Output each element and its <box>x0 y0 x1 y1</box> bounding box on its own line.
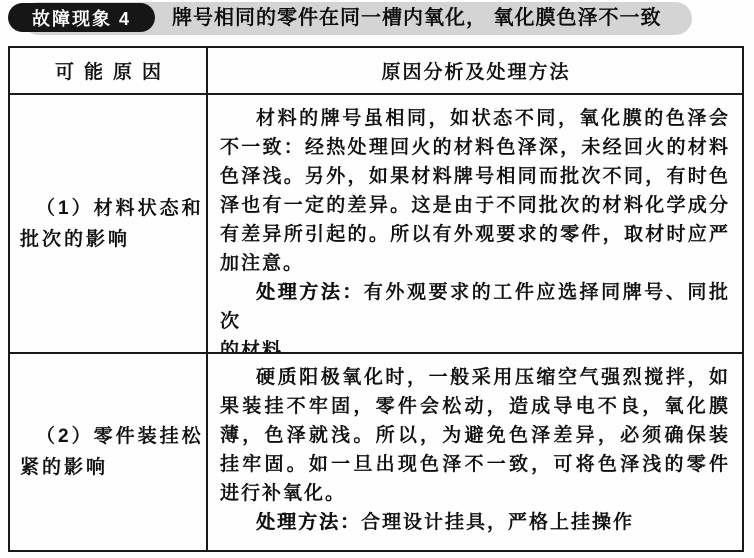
analysis-cell-1: 材料的牌号虽相同，如状态不同，氧化膜的色泽会 不一致：经热处理回火的材料色泽深，… <box>208 95 742 354</box>
analysis-line: 薄，色泽就浅。所以，为避免色泽差异，必须确保装 <box>220 421 730 450</box>
fault-table: 可能原因 原因分析及处理方法 （1）材料状态和 批次的影响 材料的牌号虽相同，如… <box>8 46 744 552</box>
method-tail: 的材料 <box>220 336 730 354</box>
analysis-line: 色泽浅。另外，如果材料牌号相同而批次不同，有时色 <box>220 162 730 191</box>
method-label: 处理方法： <box>256 512 361 533</box>
page: 牌号相同的零件在同一槽内氧化， 氧化膜色泽不一致 故障现象 4 可能原因 原因分… <box>0 0 754 558</box>
analysis-line: 不一致：经热处理回火的材料色泽深，未经回火的材料 <box>220 133 730 162</box>
analysis-line: 材料的牌号虽相同，如状态不同，氧化膜的色泽会 <box>220 104 730 133</box>
analysis-cell-2: 硬质阳极氧化时，一般采用压缩空气强烈搅拌，如 果装挂不牢固，零件会松动，造成导电… <box>208 354 742 550</box>
method-label: 处理方法： <box>256 282 364 303</box>
cause-line: （2）零件装挂松 <box>20 421 200 452</box>
cause-line: （1）材料状态和 <box>20 193 200 224</box>
fault-badge-label: 故障现象 4 <box>32 5 131 31</box>
analysis-line: 进行补氧化。 <box>220 479 730 508</box>
cause-line: 批次的影响 <box>20 224 200 255</box>
method-line: 处理方法：有外观要求的工件应选择同牌号、同批次 <box>220 278 730 336</box>
analysis-line: 有差异所引起的。所以有外观要求的零件，取材时应严 <box>220 220 730 249</box>
analysis-line: 果装挂不牢固，零件会松动，造成导电不良，氧化膜 <box>220 392 730 421</box>
fault-badge: 故障现象 4 <box>8 3 155 32</box>
cause-cell-2: （2）零件装挂松 紧的影响 <box>10 354 208 550</box>
column-header-cause: 可能原因 <box>10 48 208 95</box>
analysis-line: 挂牢固。如一旦出现色泽不一致，可将色泽浅的零件 <box>220 450 730 479</box>
cause-line: 紧的影响 <box>20 452 200 483</box>
analysis-line: 加注意。 <box>220 249 730 278</box>
method-line: 处理方法：合理设计挂具，严格上挂操作 <box>220 508 730 537</box>
analysis-line: 泽也有一定的差异。这是由于不同批次的材料化学成分 <box>220 191 730 220</box>
method-text: 合理设计挂具，严格上挂操作 <box>361 512 634 533</box>
cause-cell-1: （1）材料状态和 批次的影响 <box>10 95 208 354</box>
column-header-analysis: 原因分析及处理方法 <box>208 48 742 95</box>
fault-title: 牌号相同的零件在同一槽内氧化， 氧化膜色泽不一致 <box>172 2 662 35</box>
analysis-line: 硬质阳极氧化时，一般采用压缩空气强烈搅拌，如 <box>220 363 730 392</box>
